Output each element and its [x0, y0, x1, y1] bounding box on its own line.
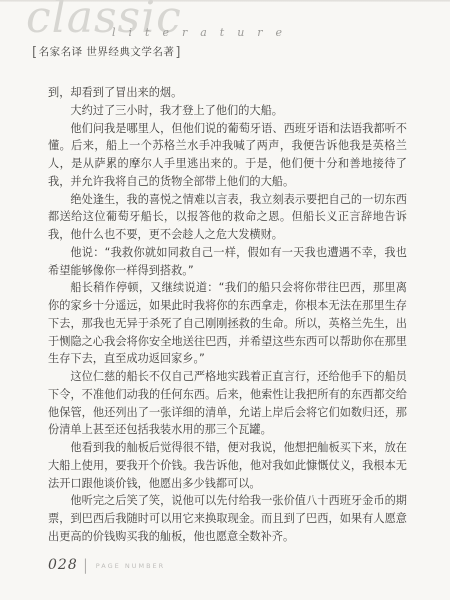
paragraph: 他看到我的舢板后觉得很不错，便对我说，他想把舢板买下来，放在大船上使用，要我开个…	[48, 439, 407, 492]
body-text: 到，却看到了冒出来的烟。 大约过了三小时，我才登上了他们的大船。 他们问我是哪里…	[48, 84, 407, 546]
series-label: [名家名译 世界经典文学名著]	[31, 44, 182, 60]
paragraph: 大约过了三小时，我才登上了他们的大船。	[48, 102, 407, 120]
paragraph: 他们问我是哪里人，但他们说的葡萄牙语、西班牙语和法语我都听不懂。后来，船上一个苏…	[48, 120, 407, 191]
page-footer: 028 | PAGE NUMBER	[48, 556, 165, 574]
series-label-bracket-left: [	[31, 45, 39, 60]
paragraph: 到，却看到了冒出来的烟。	[48, 84, 407, 102]
paragraph: 这位仁慈的船长不仅自己严格地实践着正直言行，还给他手下的船员下令，不准他们动我的…	[48, 368, 407, 439]
page-number-label: PAGE NUMBER	[96, 560, 165, 570]
paragraph: 他听完之后笑了笑，说他可以先付给我一张价值八十西班牙金币的期票，到巴西后我随时可…	[48, 492, 407, 545]
series-label-bracket-right: ]	[174, 45, 182, 60]
footer-separator: |	[83, 556, 88, 574]
paragraph: 船长稍作停顿，又继续说道：“我们的船只会将你带往巴西，那里离你的家乡十分遥远，如…	[48, 279, 407, 368]
paragraph: 他说：“我救你就如同救自己一样，假如有一天我也遭遇不幸，我也希望能够像你一样得到…	[48, 244, 407, 280]
decorative-script-literature: literature	[112, 26, 295, 39]
paragraph: 绝处逢生，我的喜悦之情难以言表，我立刻表示要把自己的一切东西都送给这位葡萄牙船长…	[48, 191, 407, 244]
page-number: 028	[48, 557, 78, 573]
book-page: classic literature [名家名译 世界经典文学名著] 到，却看到…	[0, 0, 450, 600]
series-label-text: 名家名译 世界经典文学名著	[39, 46, 175, 58]
